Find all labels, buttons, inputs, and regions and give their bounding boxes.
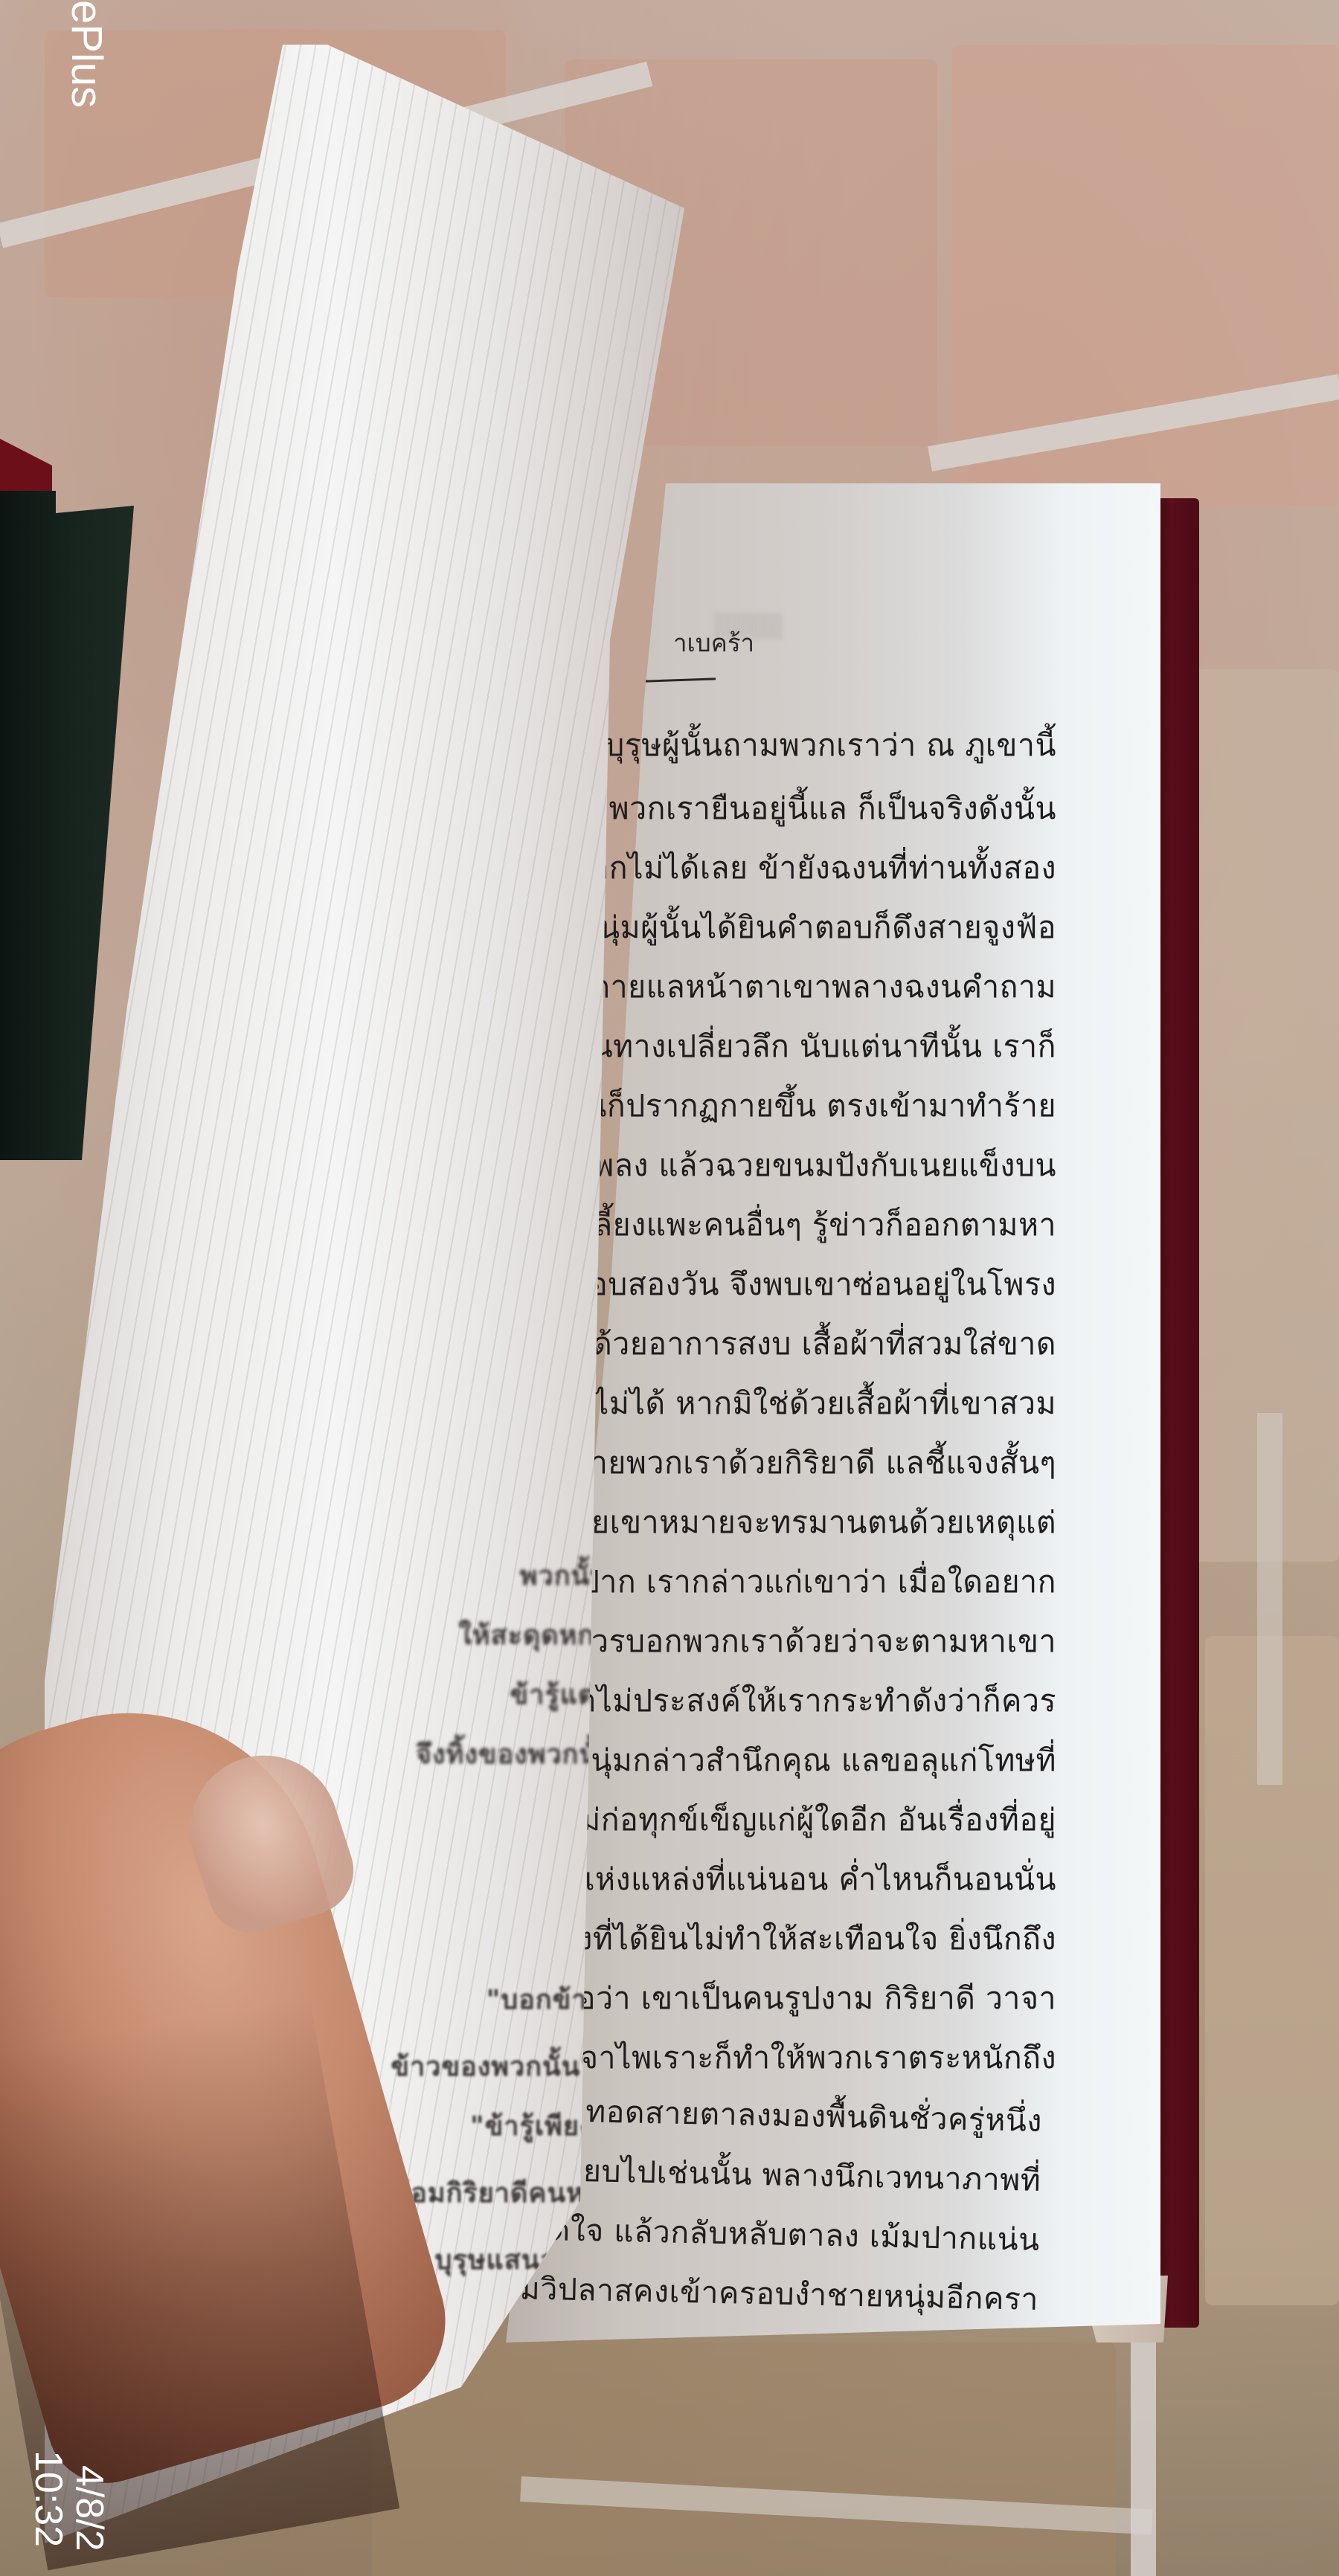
text-line: ความวิปลาสคงเข้าครอบงำชายหนุ่มอีกครา (463, 2264, 1038, 2324)
camera-watermark-date: 4/8/2 (67, 2465, 112, 2551)
tile-grout (1257, 1413, 1282, 1785)
tile-grout (1131, 2335, 1156, 2576)
text-line: ข้าวของพวกนั้น" (391, 2045, 595, 2087)
camera-watermark-brand: ePlus (62, 0, 112, 108)
camera-watermark-time: 10:32 (26, 2450, 71, 2547)
